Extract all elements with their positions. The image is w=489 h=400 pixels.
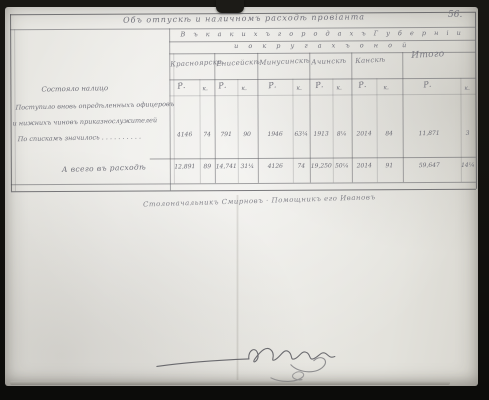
column-group-name: Ачинскѣ <box>311 58 346 67</box>
data-cell: 791 <box>216 132 237 138</box>
total-cell: 59,647 <box>404 162 455 169</box>
stub-row-label: По спискамъ значилось . . . . . . . . . … <box>18 133 141 142</box>
total-cell: 12,891 <box>171 164 199 171</box>
unit-kop-label: к. <box>464 86 470 92</box>
unit-kop-label: к. <box>383 85 389 91</box>
total-cell: 50¼ <box>334 163 350 169</box>
column-span-header: и о к р у г а х ъ о н о й <box>174 42 470 50</box>
stub-row-label: и нижнихъ чиновъ приказнослужителей <box>13 117 158 127</box>
table-grid-line <box>10 14 12 191</box>
unit-rub-label: Р. <box>177 82 186 91</box>
document-title: Объ отпускѣ и наличномъ расходѣ провіант… <box>109 13 379 25</box>
column-group-name: Минусинскѣ <box>259 58 310 67</box>
data-cell: 63¼ <box>294 132 309 138</box>
signature <box>153 337 353 390</box>
stub-row-label: Поступило вновь опредѣленныхъ офицеровъ <box>15 101 174 111</box>
photographed-ledger-page: Объ отпускѣ и наличномъ расходѣ провіант… <box>0 0 489 400</box>
unit-kop-label: к. <box>336 85 342 91</box>
data-cell: 84 <box>378 131 401 138</box>
clerk-note: Столоначальникъ Смирновъ · Помощникъ его… <box>143 194 376 208</box>
unit-rub-label: Р. <box>218 82 227 91</box>
unit-kop-label: к. <box>296 86 302 92</box>
data-cell: 11,871 <box>404 130 455 137</box>
unit-rub-label: Р. <box>315 81 324 90</box>
data-cell: 2014 <box>353 131 376 138</box>
total-cell: 74 <box>294 164 309 170</box>
data-cell: 8¼ <box>334 131 350 137</box>
unit-kop-label: к. <box>202 86 208 92</box>
data-cell: 4146 <box>171 132 199 139</box>
total-cell: 91 <box>378 163 401 170</box>
table-grid-line <box>11 182 476 185</box>
data-cell: 1946 <box>259 131 292 138</box>
table-grid-line <box>11 189 476 192</box>
total-cell: 89 <box>201 164 214 170</box>
total-cell: 2014 <box>353 163 376 170</box>
column-group-name: Енисейскѣ <box>216 59 260 68</box>
total-cell: 31¼ <box>239 164 256 170</box>
unit-rub-label: Р. <box>423 81 432 90</box>
unit-kop-label: к. <box>241 86 247 92</box>
table-grid-line <box>150 157 476 160</box>
total-cell: 14¼ <box>461 163 475 169</box>
data-cell: 74 <box>201 132 214 138</box>
unit-rub-label: Р. <box>358 81 367 90</box>
page-number: 56. <box>448 11 462 20</box>
column-group-name: Итого <box>411 50 445 61</box>
data-cell: 3 <box>461 131 475 137</box>
column-group-name: Канскѣ <box>355 57 386 65</box>
ledger-table: Объ отпускѣ и наличномъ расходѣ провіант… <box>0 0 489 400</box>
stub-row-label: Состояло налицо <box>41 85 108 94</box>
data-cell: 90 <box>239 132 256 138</box>
column-span-header: В ъ к а к и х ъ г о р о д а х ъ Г у б е … <box>174 30 470 38</box>
total-cell: 4126 <box>259 163 292 170</box>
total-cell: 19,250 <box>311 163 332 169</box>
data-cell: 1913 <box>311 131 332 137</box>
total-cell: 14,741 <box>216 164 237 170</box>
unit-rub-label: Р. <box>268 81 277 90</box>
table-grid-line <box>475 12 477 189</box>
total-row-label: А всего въ расходѣ <box>62 163 146 173</box>
